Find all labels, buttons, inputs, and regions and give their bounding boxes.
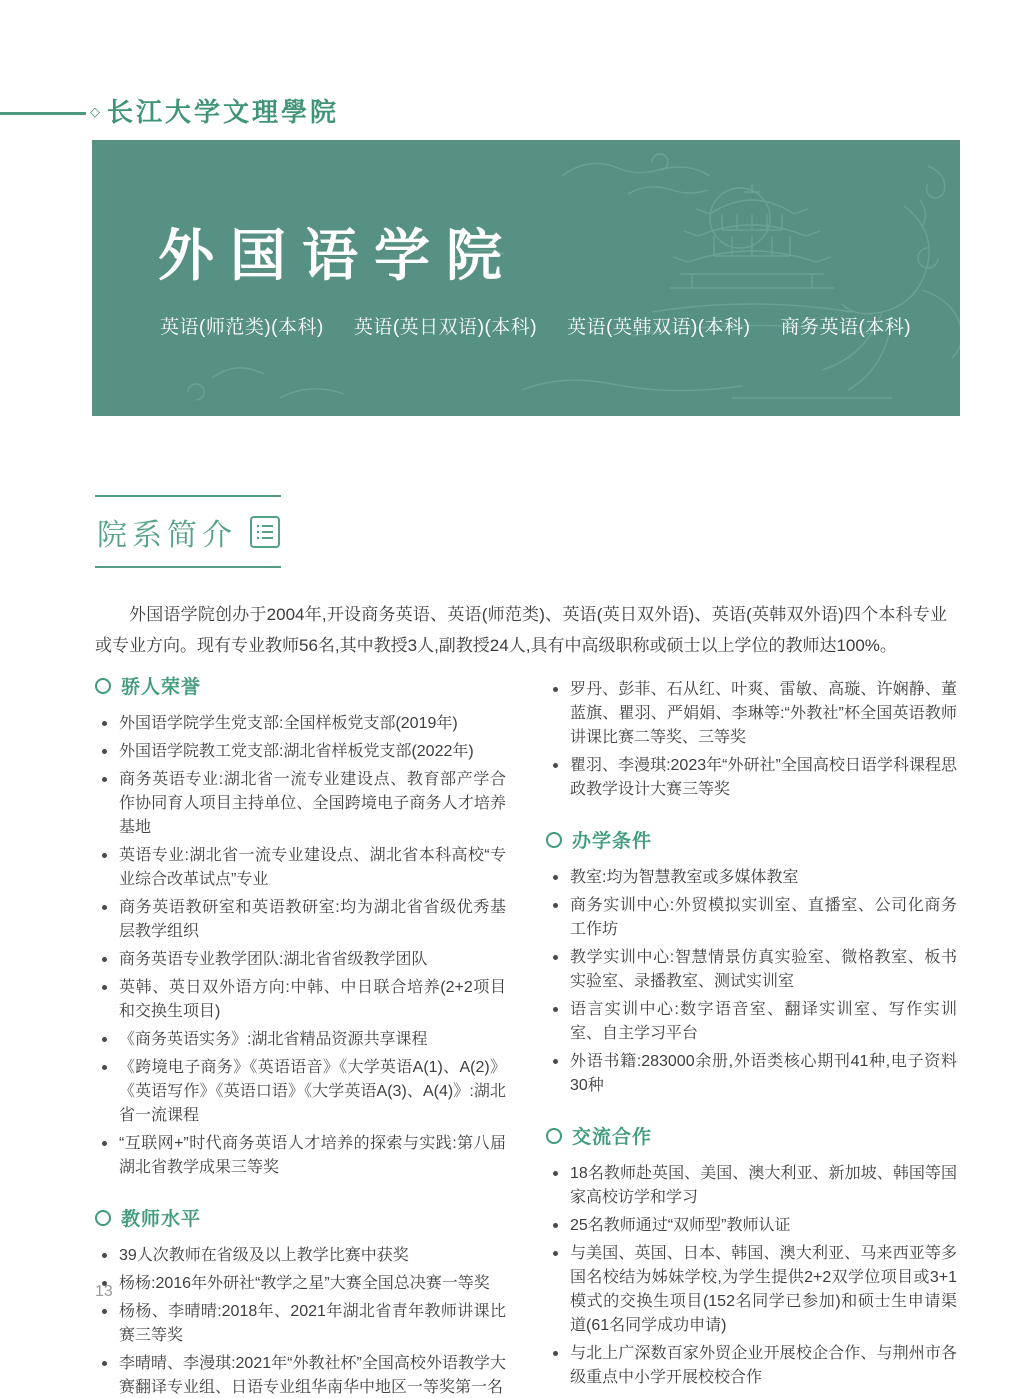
major-item: 英语(师范类)(本科) [160,312,324,339]
list-item: 杨杨、李晴晴:2018年、2021年湖北省青年教师讲课比赛三等奖 [95,1300,506,1348]
ring-icon [546,1128,562,1144]
university-logo: ◇ 长江大学文理學院 [90,92,339,129]
diamond-icon: ◇ [90,105,100,118]
list-item: 瞿羽、李漫琪:2023年“外研社”全国高校日语学科课程思政教学设计大赛三等奖 [546,754,957,802]
list-item: 外国语学院学生党支部:全国样板党支部(2019年) [95,712,506,736]
teachers-list: 39人次教师在省级及以上教学比赛中获奖 杨杨:2016年外研社“教学之星”大赛全… [95,1244,506,1398]
list-item: 英语专业:湖北省一流专业建设点、湖北省本科高校“专业综合改革试点”专业 [95,844,506,892]
major-item: 商务英语(本科) [780,312,911,339]
major-item: 英语(英韩双语)(本科) [567,312,750,339]
list-item: 教学实训中心:智慧情景仿真实验室、微格教室、板书实验室、录播教室、测试实训室 [546,946,957,994]
major-item: 英语(英日双语)(本科) [354,312,537,339]
heading-rule-bottom [95,566,281,568]
list-item: 《跨境电子商务》《英语语音》《大学英语A(1)、A(2)》《英语写作》《英语口语… [95,1056,506,1128]
section-facilities-heading: 办学条件 [546,826,957,853]
honors-list: 外国语学院学生党支部:全国样板党支部(2019年) 外国语学院教工党支部:湖北省… [95,712,506,1180]
department-title: 外国语学院 [158,212,518,292]
content-columns: 骄人荣誉 外国语学院学生党支部:全国样板党支部(2019年) 外国语学院教工党支… [95,672,957,1398]
list-item: 英韩、英日双外语方向:中韩、中日联合培养(2+2项目和交换生项目) [95,976,506,1024]
facilities-list: 教室:均为智慧教室或多媒体教室 商务实训中心:外贸模拟实训室、直播室、公司化商务… [546,866,957,1098]
list-item: 商务英语专业教学团队:湖北省省级教学团队 [95,948,506,972]
list-item: 李晴晴、李漫琪:2021年“外教社杯”全国高校外语教学大赛翻译专业组、日语专业组… [95,1352,506,1398]
exchange-list: 18名教师赴英国、美国、澳大利亚、新加坡、韩国等国家高校访学和学习 25名教师通… [546,1162,957,1390]
section-label: 交流合作 [572,1122,652,1149]
ring-icon [95,1210,111,1226]
list-item: 商务英语专业:湖北省一流专业建设点、教育部产学合作协同育人项目主持单位、全国跨境… [95,768,506,840]
section-label: 骄人荣誉 [121,672,201,699]
section-exchange-heading: 交流合作 [546,1122,957,1149]
list-item: 25名教师通过“双师型”教师认证 [546,1214,957,1238]
brochure-page: ◇ 长江大学文理學院 [0,0,1024,1398]
list-item: 与美国、英国、日本、韩国、澳大利亚、马来西亚等多国名校结为姊妹学校,为学生提供2… [546,1242,957,1338]
right-column: 罗丹、彭菲、石从红、叶爽、雷敏、高璇、许娴静、董蓝旗、瞿羽、严娟娟、李琳等:“外… [546,672,957,1398]
list-item: 18名教师赴英国、美国、澳大利亚、新加坡、韩国等国家高校访学和学习 [546,1162,957,1210]
list-item: 商务英语教研室和英语教研室:均为湖北省省级优秀基层教学组织 [95,896,506,944]
majors-list: 英语(师范类)(本科) 英语(英日双语)(本科) 英语(英韩双语)(本科) 商务… [160,312,911,339]
section-label: 办学条件 [572,826,652,853]
intro-heading-text: 院系简介 [97,510,237,554]
section-label: 教师水平 [121,1204,201,1231]
intro-paragraph: 外国语学院创办于2004年,开设商务英语、英语(师范类)、英语(英日双外语)、英… [95,600,947,661]
list-item: 外语书籍:283000余册,外语类核心期刊41种,电子资料30种 [546,1050,957,1098]
page-number: 13 [95,1283,113,1301]
teachers-list-continued: 罗丹、彭菲、石从红、叶爽、雷敏、高璇、许娴静、董蓝旗、瞿羽、严娟娟、李琳等:“外… [546,678,957,802]
document-list-icon [249,515,281,549]
university-logo-text: 长江大学文理學院 [107,92,339,129]
section-teachers-heading: 教师水平 [95,1204,506,1231]
ring-icon [546,832,562,848]
list-item: 教室:均为智慧教室或多媒体教室 [546,866,957,890]
list-item: 39人次教师在省级及以上教学比赛中获奖 [95,1244,506,1268]
list-item: “互联网+”时代商务英语人才培养的探索与实践:第八届湖北省教学成果三等奖 [95,1132,506,1180]
section-honors-heading: 骄人荣誉 [95,672,506,699]
ring-icon [95,678,111,694]
list-item: 杨杨:2016年外研社“教学之星”大赛全国总决赛一等奖 [95,1272,506,1296]
list-item: 外国语学院教工党支部:湖北省样板党支部(2022年) [95,740,506,764]
left-column: 骄人荣誉 外国语学院学生党支部:全国样板党支部(2019年) 外国语学院教工党支… [95,672,506,1398]
list-item: 商务实训中心:外贸模拟实训室、直播室、公司化商务工作坊 [546,894,957,942]
list-item: 《商务英语实务》:湖北省精品资源共享课程 [95,1028,506,1052]
section-intro-heading: 院系简介 [95,495,281,568]
list-item: 语言实训中心:数字语音室、翻译实训室、写作实训室、自主学习平台 [546,998,957,1046]
header-rule [0,112,86,115]
list-item: 与北上广深数百家外贸企业开展校企合作、与荆州市各级重点中小学开展校校合作 [546,1342,957,1390]
list-item: 罗丹、彭菲、石从红、叶爽、雷敏、高璇、许娴静、董蓝旗、瞿羽、严娟娟、李琳等:“外… [546,678,957,750]
department-banner: 外国语学院 英语(师范类)(本科) 英语(英日双语)(本科) 英语(英韩双语)(… [92,140,960,416]
